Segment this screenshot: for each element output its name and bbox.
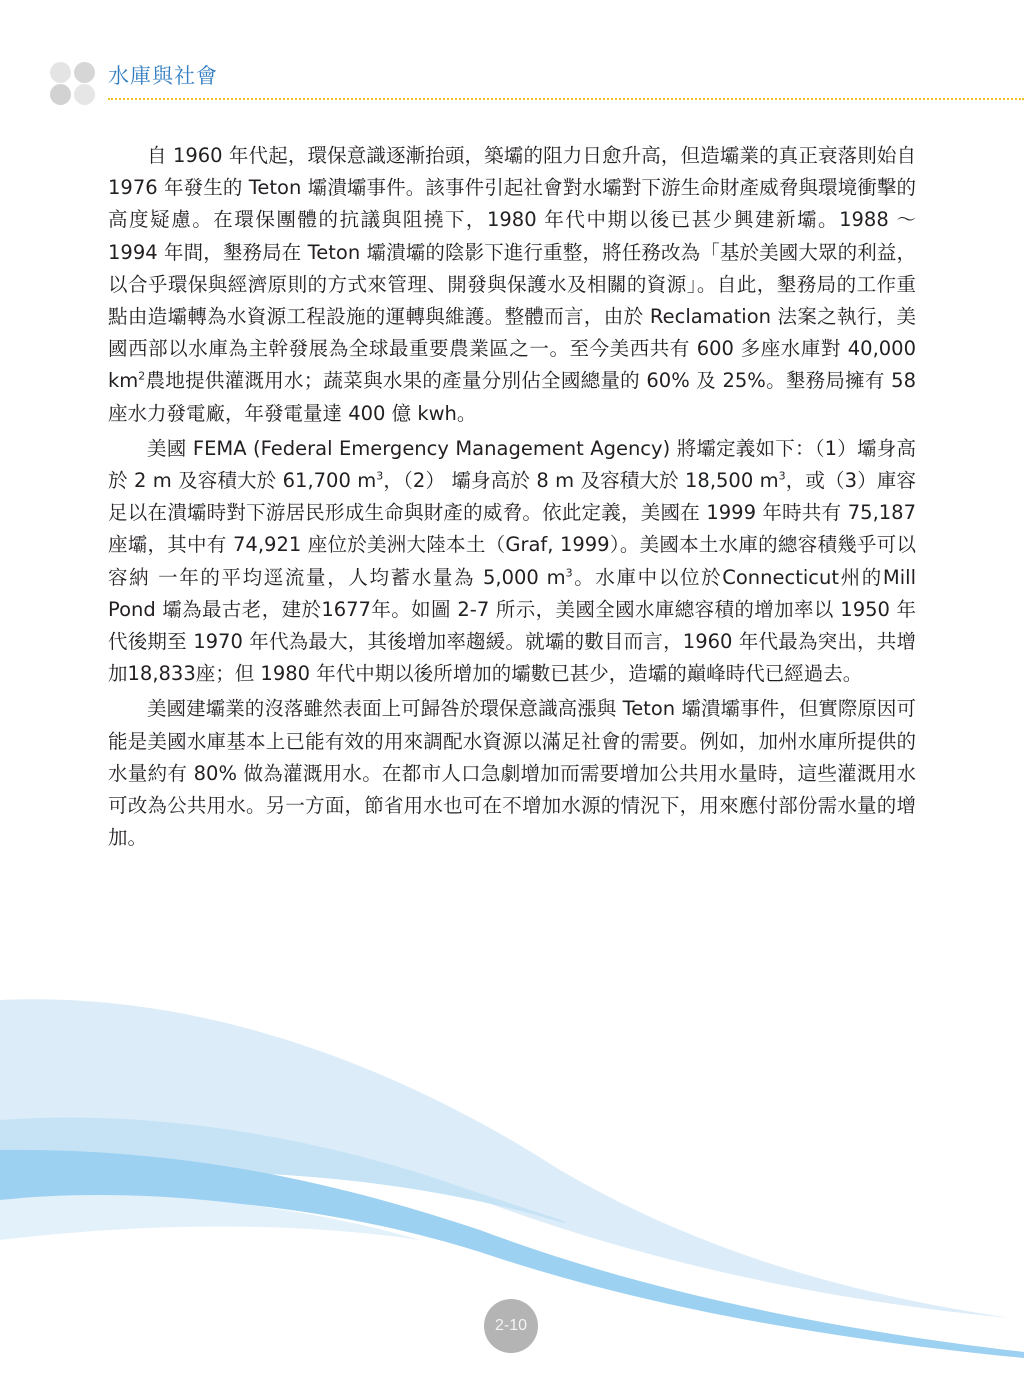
body-text: 自 1960 年代起，環保意識逐漸抬頭，築壩的阻力日愈升高，但造壩業的真正衰落則… — [108, 140, 916, 857]
paragraph-3: 美國建壩業的沒落雖然表面上可歸咎於環保意識高漲與 Teton 壩潰壩事件，但實際… — [108, 693, 916, 854]
page-header: 水庫與社會 — [50, 62, 1024, 112]
page-number-badge: 2-10 — [484, 1299, 538, 1353]
four-dots-icon — [50, 62, 96, 108]
chapter-title: 水庫與社會 — [108, 62, 218, 90]
paragraph-1: 自 1960 年代起，環保意識逐漸抬頭，築壩的阻力日愈升高，但造壩業的真正衰落則… — [108, 140, 916, 430]
dotted-divider — [108, 98, 1024, 100]
superscript: 3 — [779, 470, 786, 483]
superscript: 3 — [566, 566, 573, 579]
paragraph-2: 美國 FEMA (Federal Emergency Management Ag… — [108, 433, 916, 691]
